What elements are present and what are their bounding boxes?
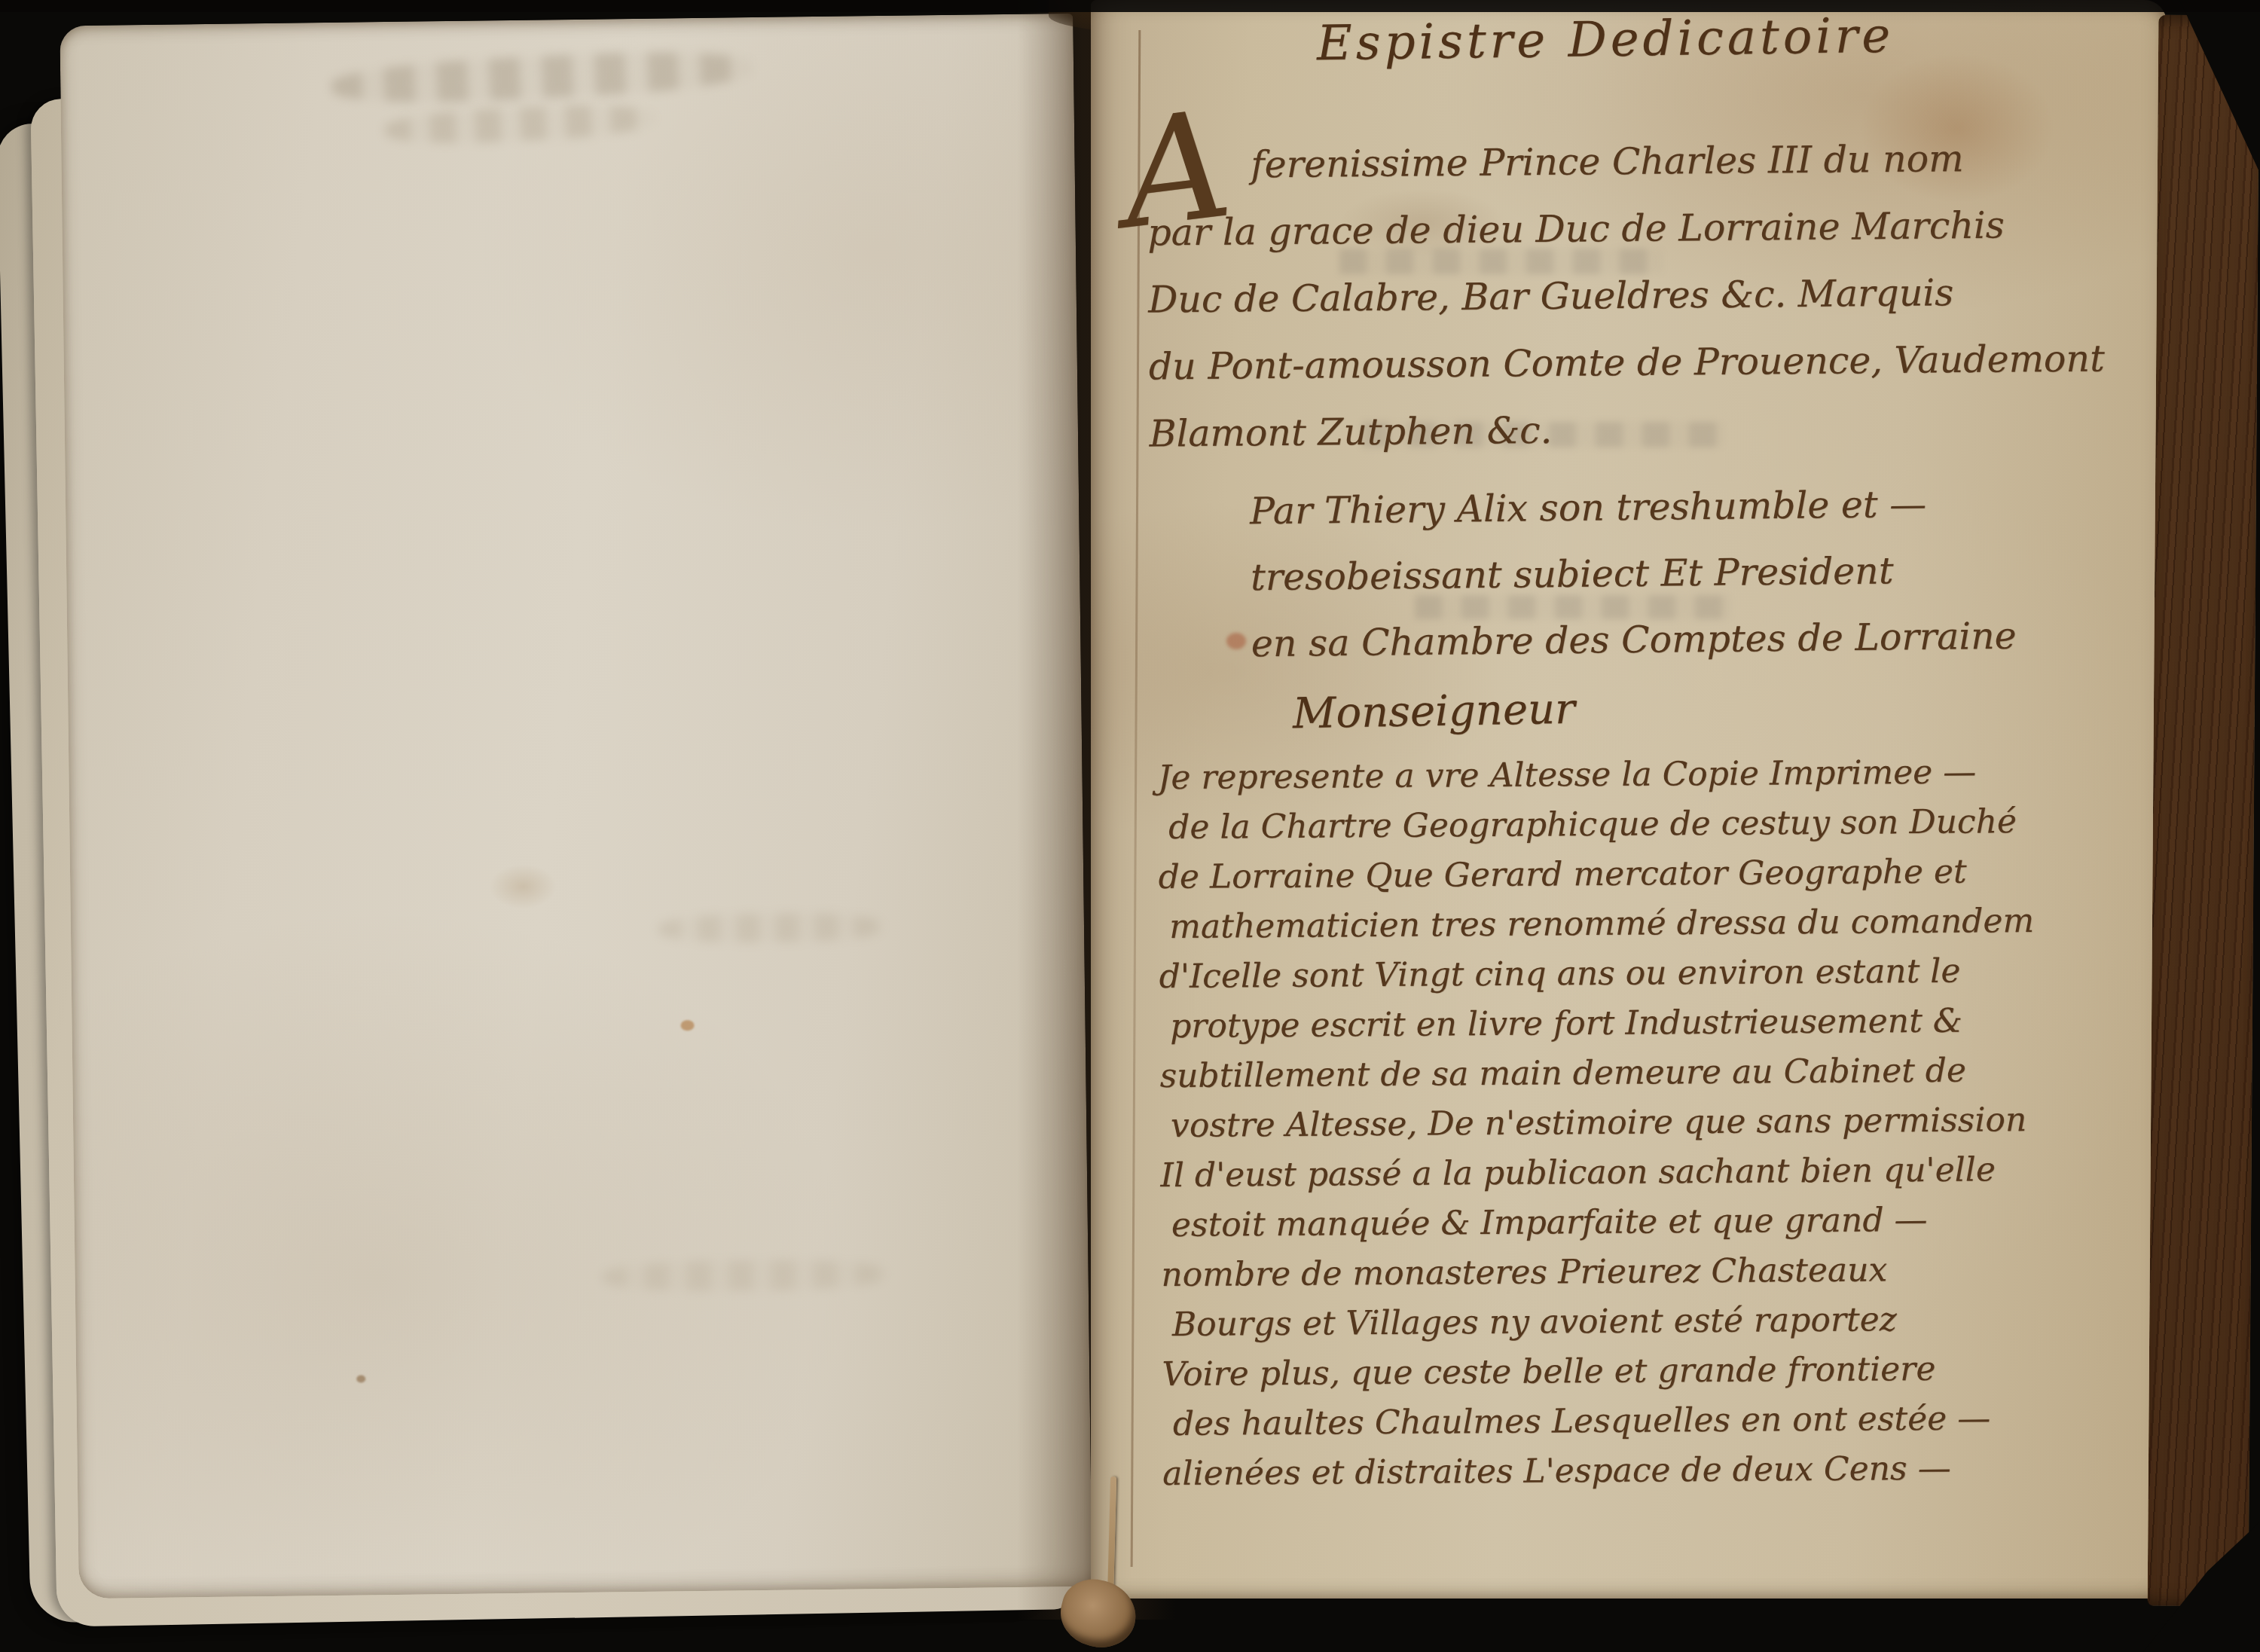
author-line: en sa Chambre des Comptes de Lorraine	[1251, 603, 2017, 678]
dedication-line: ferenissime Prince Charles III du nom	[1147, 124, 2103, 199]
right-manuscript-page: Espistre Dedicatoire A ferenissime Princ…	[1091, 0, 2167, 1599]
paper-stain	[489, 863, 557, 909]
dedication-line: par la grace de dieu Duc de Lorraine Mar…	[1147, 191, 2104, 266]
body-line: estoit manquée & Imparfaite et que grand…	[1161, 1195, 2036, 1250]
body-line: mathematicien tres renommé dressa du com…	[1159, 896, 2034, 952]
left-blank-page	[60, 14, 1092, 1599]
author-block: Par Thiery Alix son treshumble et — tres…	[1250, 471, 2017, 678]
bleed-through-smudge	[384, 101, 657, 147]
paper-stain	[1226, 633, 1246, 649]
background-edge	[0, 0, 2260, 12]
paper-stain	[680, 1020, 694, 1031]
dedication-block: ferenissime Prince Charles III du nom pa…	[1147, 124, 2106, 467]
salutation: Monseigneur	[1292, 685, 1575, 739]
bleed-through-smudge	[602, 1259, 888, 1293]
body-line: des haultes Chaulmes Lesquelles en ont e…	[1162, 1394, 2038, 1449]
body-line: de Lorraine Que Gerard mercator Geograph…	[1158, 847, 2033, 902]
body-line: Bourgs et Villages ny avoient esté rapor…	[1162, 1294, 2037, 1350]
author-line: Par Thiery Alix son treshumble et —	[1250, 471, 2016, 545]
body-line: d'Icelle sont Vingt cinq ans ou environ …	[1159, 946, 2034, 1002]
epistle-title: Espistre Dedicatoire	[1317, 8, 1895, 72]
body-line: protype escrit en livre fort Industrieus…	[1159, 996, 2035, 1052]
body-line: de la Chartre Geographicque de cestuy so…	[1158, 797, 2033, 853]
photo-background: Espistre Dedicatoire A ferenissime Princ…	[0, 0, 2260, 1652]
paper-stain	[356, 1375, 365, 1382]
book-fore-edge	[2148, 15, 2260, 1607]
dedication-line: Duc de Calabre, Bar Gueldres &c. Marquis	[1148, 258, 2105, 333]
body-line: alienées et distraites L'espace de deux …	[1162, 1443, 2038, 1499]
bleed-through-smudge	[658, 912, 884, 944]
body-line: Voire plus, que ceste belle et grande fr…	[1162, 1344, 2037, 1400]
body-line: nombre de monasteres Prieurez Chasteaux	[1161, 1244, 2036, 1300]
body-line: Il d'eust passé a la publicaon sachant b…	[1160, 1145, 2036, 1201]
author-line: tresobeissant subiect Et President	[1251, 537, 2017, 612]
dedication-line: du Pont-amousson Comte de Prouence, Vaud…	[1148, 325, 2105, 400]
dedication-line: Blamont Zutphen &c.	[1149, 392, 2106, 467]
body-line: vostre Altesse, De n'estimoire que sans …	[1160, 1095, 2036, 1151]
body-line: Je represente a vre Altesse la Copie Imp…	[1158, 747, 2033, 803]
body-line: subtillement de sa main demeure au Cabin…	[1159, 1046, 2035, 1101]
bleed-through-smudge	[331, 46, 754, 108]
epistle-body: Je represente a vre Altesse la Copie Imp…	[1158, 747, 2039, 1499]
